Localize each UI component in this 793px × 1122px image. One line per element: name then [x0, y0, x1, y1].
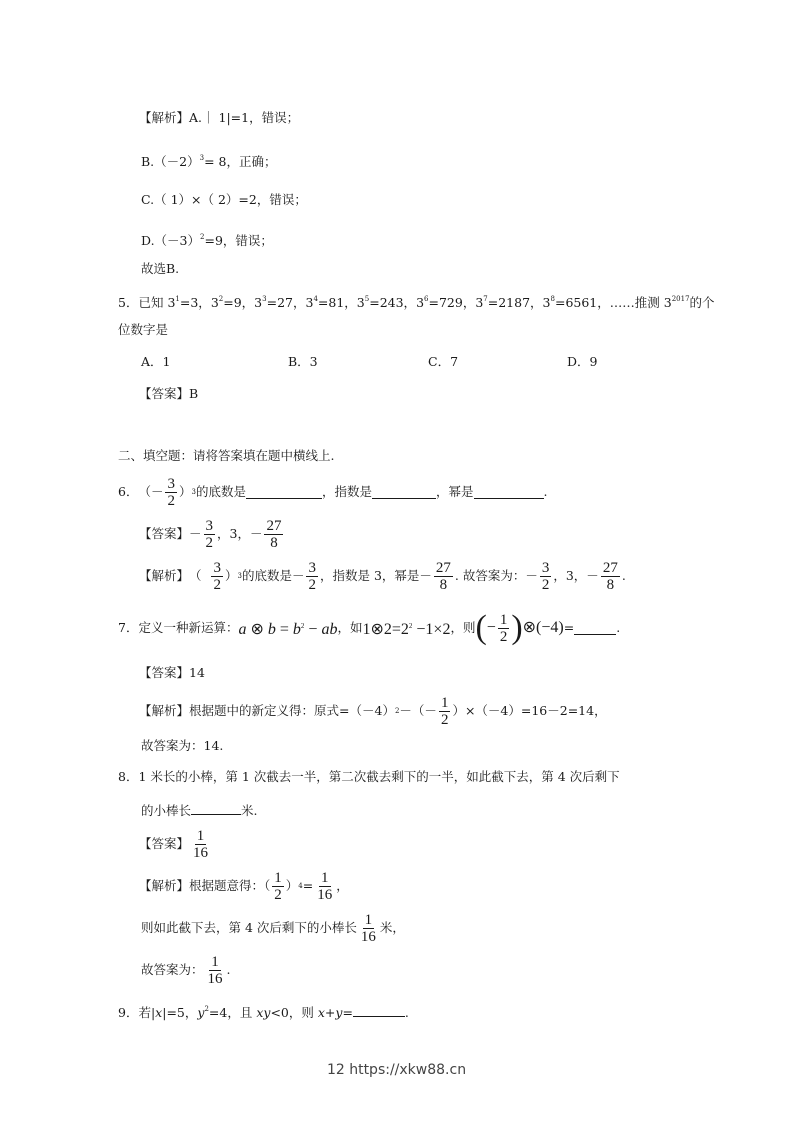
- text: .: [616, 620, 620, 636]
- text: 的个: [690, 295, 715, 310]
- question-number: 9．: [118, 1005, 138, 1020]
- denominator: 8: [268, 535, 280, 551]
- question-number: 5．: [118, 295, 138, 310]
- text: = 8，正确；: [204, 154, 276, 169]
- power-term: 3: [543, 295, 551, 310]
- fraction: 12: [439, 695, 451, 728]
- q5-option-d: D．9: [567, 354, 597, 370]
- q4-analysis-b: B.（－2）3= 8，正确；: [141, 150, 277, 170]
- text: ）: [286, 878, 299, 894]
- fraction: 32: [306, 560, 318, 593]
- text: ，3，－: [553, 568, 598, 584]
- minus: −: [304, 621, 321, 638]
- q7-stem: 7． 定义一种新运算： a ⊗ b = b2 − ab ，如 1⊗2=22 −1…: [118, 610, 620, 646]
- q7-conclusion: 故答案为：14.: [141, 738, 223, 754]
- text: －（－: [399, 703, 437, 719]
- q4-analysis-d: D.（－3）2=9，错误；: [141, 229, 273, 249]
- answer-blank-base: [246, 486, 322, 499]
- text: 已知: [138, 295, 163, 310]
- equals: =: [303, 878, 313, 894]
- q8-stem-line1: 8．1 米长的小棒，第 1 次截去一半，第二次截去剩下的一半，如此截下去，第 4…: [118, 769, 620, 785]
- denominator: 16: [191, 845, 210, 861]
- fraction: 32: [165, 476, 177, 509]
- text: ，指数是: [322, 484, 372, 500]
- text: ，幂是: [436, 484, 474, 500]
- var-b: b: [268, 621, 276, 638]
- q5-option-a: A．1: [141, 354, 170, 370]
- text: ……推测 3: [610, 295, 672, 310]
- text: 的底数是－: [242, 568, 305, 584]
- text: ，指数是 3，幂是－: [320, 568, 432, 584]
- answer-blank-exponent: [372, 486, 436, 499]
- section-heading: 二、填空题：请将答案填在题中横线上.: [118, 448, 334, 464]
- text: ，如: [337, 620, 362, 636]
- answer-blank: [191, 802, 241, 815]
- power-term: 3: [416, 295, 424, 310]
- fraction: 278: [434, 560, 453, 593]
- text: ，: [336, 878, 349, 894]
- q6-analysis: 【解析】 （ 32 ）3 的底数是－ 32 ，指数是 3，幂是－ 278 . 故…: [139, 558, 626, 594]
- denominator: 16: [359, 929, 378, 945]
- power-list: 31=3，32=9，33=27，34=81，35=243，36=729，37=2…: [167, 295, 609, 310]
- answer-blank-power: [474, 486, 544, 499]
- numerator: 3: [204, 518, 216, 535]
- equals: =: [342, 1005, 352, 1020]
- text: −1×2: [412, 621, 450, 638]
- fraction: 32: [540, 560, 552, 593]
- answer-label: 【答案】: [139, 836, 189, 852]
- text: .: [622, 568, 626, 584]
- answer-value: 14: [189, 665, 205, 680]
- fraction: 32: [204, 518, 216, 551]
- denominator: 2: [211, 577, 223, 593]
- denominator: 2: [498, 629, 510, 645]
- text: 的底数是: [196, 484, 246, 500]
- text: B.（－2）: [141, 154, 200, 169]
- power-value: =6561，: [555, 295, 610, 310]
- left-paren-icon: (: [475, 613, 486, 643]
- var-x-plus-y: x+y: [318, 1005, 343, 1020]
- denominator: 8: [438, 577, 450, 593]
- text: |=5，: [162, 1005, 197, 1020]
- text: .: [227, 962, 231, 978]
- equals: =: [564, 620, 574, 636]
- page-footer: 12 https://xkw88.cn: [0, 1062, 793, 1078]
- power-term: 3: [357, 295, 365, 310]
- q9-stem: 9．若|x|=5，y2=4，且 xy<0，则 x+y=.: [118, 1001, 409, 1021]
- numerator: 3: [306, 560, 318, 577]
- numerator: 1: [209, 954, 221, 971]
- fraction: 32: [211, 560, 223, 593]
- fraction: 278: [264, 518, 283, 551]
- text: 1 米长的小棒，第 1 次截去一半，第二次截去剩下的一半，如此截下去，第 4 次…: [138, 769, 619, 784]
- answer-blank: [353, 1004, 405, 1017]
- q6-stem: 6． （－ 32 ）3 的底数是 ，指数是 ，幂是 .: [118, 474, 547, 510]
- numerator: 3: [540, 560, 552, 577]
- numerator: 1: [363, 912, 375, 929]
- denominator: 2: [204, 535, 216, 551]
- power-value: =729，: [428, 295, 475, 310]
- q5-stem-line1: 5．已知 31=3，32=9，33=27，34=81，35=243，36=729…: [118, 291, 715, 311]
- q8-analysis: 【解析】 根据题意得：（ 12 ）4= 116 ，: [139, 868, 349, 904]
- analysis-label: 【解析】: [139, 110, 189, 125]
- numerator: 1: [272, 870, 284, 887]
- analysis-label: 【解析】: [139, 703, 189, 719]
- fraction: 12: [272, 870, 284, 903]
- text: （: [189, 568, 209, 584]
- answer-label: 【答案】: [139, 386, 189, 401]
- q8-conclusion: 故答案为： 116 .: [141, 952, 231, 988]
- var-xy: xy: [256, 1005, 270, 1020]
- denominator: 8: [605, 577, 617, 593]
- right-paren-icon: ): [511, 613, 522, 643]
- power-term: 3: [254, 295, 262, 310]
- fraction: 278: [601, 560, 620, 593]
- q6-answer: 【答案】 － 32 ，3，－ 278: [139, 516, 285, 552]
- analysis-label: 【解析】: [139, 568, 189, 584]
- numerator: 3: [211, 560, 223, 577]
- analysis-label: 【解析】: [139, 878, 189, 894]
- text: 若|: [138, 1005, 155, 1020]
- minus: −: [487, 620, 496, 636]
- fraction: 116: [206, 954, 225, 987]
- text: 1⊗2=2: [362, 621, 408, 638]
- otimes-operator: ⊗: [523, 620, 536, 636]
- answer-blank: [574, 622, 616, 635]
- example-formula: 1⊗2=22 −1×2: [362, 618, 450, 638]
- answer-label: 【答案】: [139, 665, 189, 680]
- text: .: [544, 484, 548, 500]
- denominator: 2: [306, 577, 318, 593]
- text: 故答案为：: [141, 962, 204, 978]
- answer-value: B: [189, 386, 198, 401]
- denominator: 2: [272, 887, 284, 903]
- text: . 故答案为：－: [455, 568, 538, 584]
- denominator: 16: [315, 887, 334, 903]
- q5-option-b: B．3: [288, 354, 318, 370]
- question-number: 6．: [118, 484, 138, 500]
- text: 根据题意得：（: [189, 878, 270, 894]
- text: D.（－3）: [141, 233, 200, 248]
- numerator: 1: [319, 870, 331, 887]
- fraction: 116: [359, 912, 378, 945]
- text: ）: [179, 484, 192, 500]
- text: 定义一种新运算：: [138, 620, 238, 636]
- text: ，则: [450, 620, 475, 636]
- numerator: 3: [165, 476, 177, 493]
- question-number: 7．: [118, 620, 138, 636]
- otimes-operator: ⊗: [246, 621, 267, 638]
- text: 的小棒长: [141, 803, 191, 818]
- q8-stem-line2: 的小棒长米.: [141, 802, 258, 819]
- power-value: =81，: [318, 295, 357, 310]
- numerator: 27: [264, 518, 283, 535]
- text: 米.: [241, 803, 257, 818]
- argument: (−4): [536, 620, 564, 636]
- denominator: 16: [206, 971, 225, 987]
- fraction: 116: [315, 870, 334, 903]
- q4-analysis-a: 【解析】A.｜ 1|=1，错误；: [139, 110, 299, 126]
- option-a-analysis: A.｜ 1|=1，错误；: [189, 110, 299, 125]
- q5-answer: 【答案】B: [139, 386, 198, 402]
- numerator: 1: [195, 828, 207, 845]
- equals: =: [276, 621, 293, 638]
- text: ，3，－: [217, 526, 262, 542]
- numerator: 1: [439, 695, 451, 712]
- text: 米，: [380, 920, 405, 936]
- definition-formula: a ⊗ b = b2 − ab: [238, 618, 337, 638]
- question-number: 8．: [118, 769, 138, 784]
- numerator: 27: [601, 560, 620, 577]
- denominator: 2: [540, 577, 552, 593]
- text: 则如此截下去，第 4 次后剩下的小棒长: [141, 920, 357, 936]
- power-value: =2187，: [488, 295, 543, 310]
- text: ）×（－4）=16－2=14，: [452, 703, 606, 719]
- power-value: =243，: [369, 295, 416, 310]
- fraction: 12: [498, 612, 510, 645]
- denominator: 2: [165, 493, 177, 509]
- numerator: 1: [498, 612, 510, 629]
- text: ）: [225, 568, 238, 584]
- denominator: 2: [439, 712, 451, 728]
- q8-analysis-line2: 则如此截下去，第 4 次后剩下的小棒长 116 米，: [141, 910, 405, 946]
- var-ab: ab: [321, 621, 337, 638]
- answer-label: 【答案】: [139, 526, 189, 542]
- exponent: 2017: [672, 295, 690, 303]
- q5-stem-line2: 位数字是: [118, 322, 168, 338]
- text: =9，错误；: [204, 233, 272, 248]
- power-value: =27，: [267, 295, 306, 310]
- power-value: =3，: [180, 295, 211, 310]
- q8-answer: 【答案】 116: [139, 826, 212, 862]
- text: －: [189, 526, 202, 542]
- text: 根据题中的新定义得：原式=（－4）: [189, 703, 395, 719]
- power-term: 3: [211, 295, 219, 310]
- text: <0，则: [270, 1005, 317, 1020]
- q7-answer: 【答案】14: [139, 665, 205, 681]
- q5-option-c: C．7: [428, 354, 458, 370]
- var-b: b: [293, 621, 301, 638]
- q7-analysis: 【解析】 根据题中的新定义得：原式=（－4）2 －（－ 12 ）×（－4）=16…: [139, 693, 607, 729]
- q4-analysis-c: C.（ 1）×（ 2）=2，错误；: [141, 192, 307, 208]
- numerator: 27: [434, 560, 453, 577]
- q4-conclusion: 故选B.: [141, 261, 179, 277]
- text: =4，且: [209, 1005, 256, 1020]
- fraction: 116: [191, 828, 210, 861]
- power-value: =9，: [223, 295, 254, 310]
- text: .: [405, 1005, 409, 1020]
- text: （－: [138, 484, 163, 500]
